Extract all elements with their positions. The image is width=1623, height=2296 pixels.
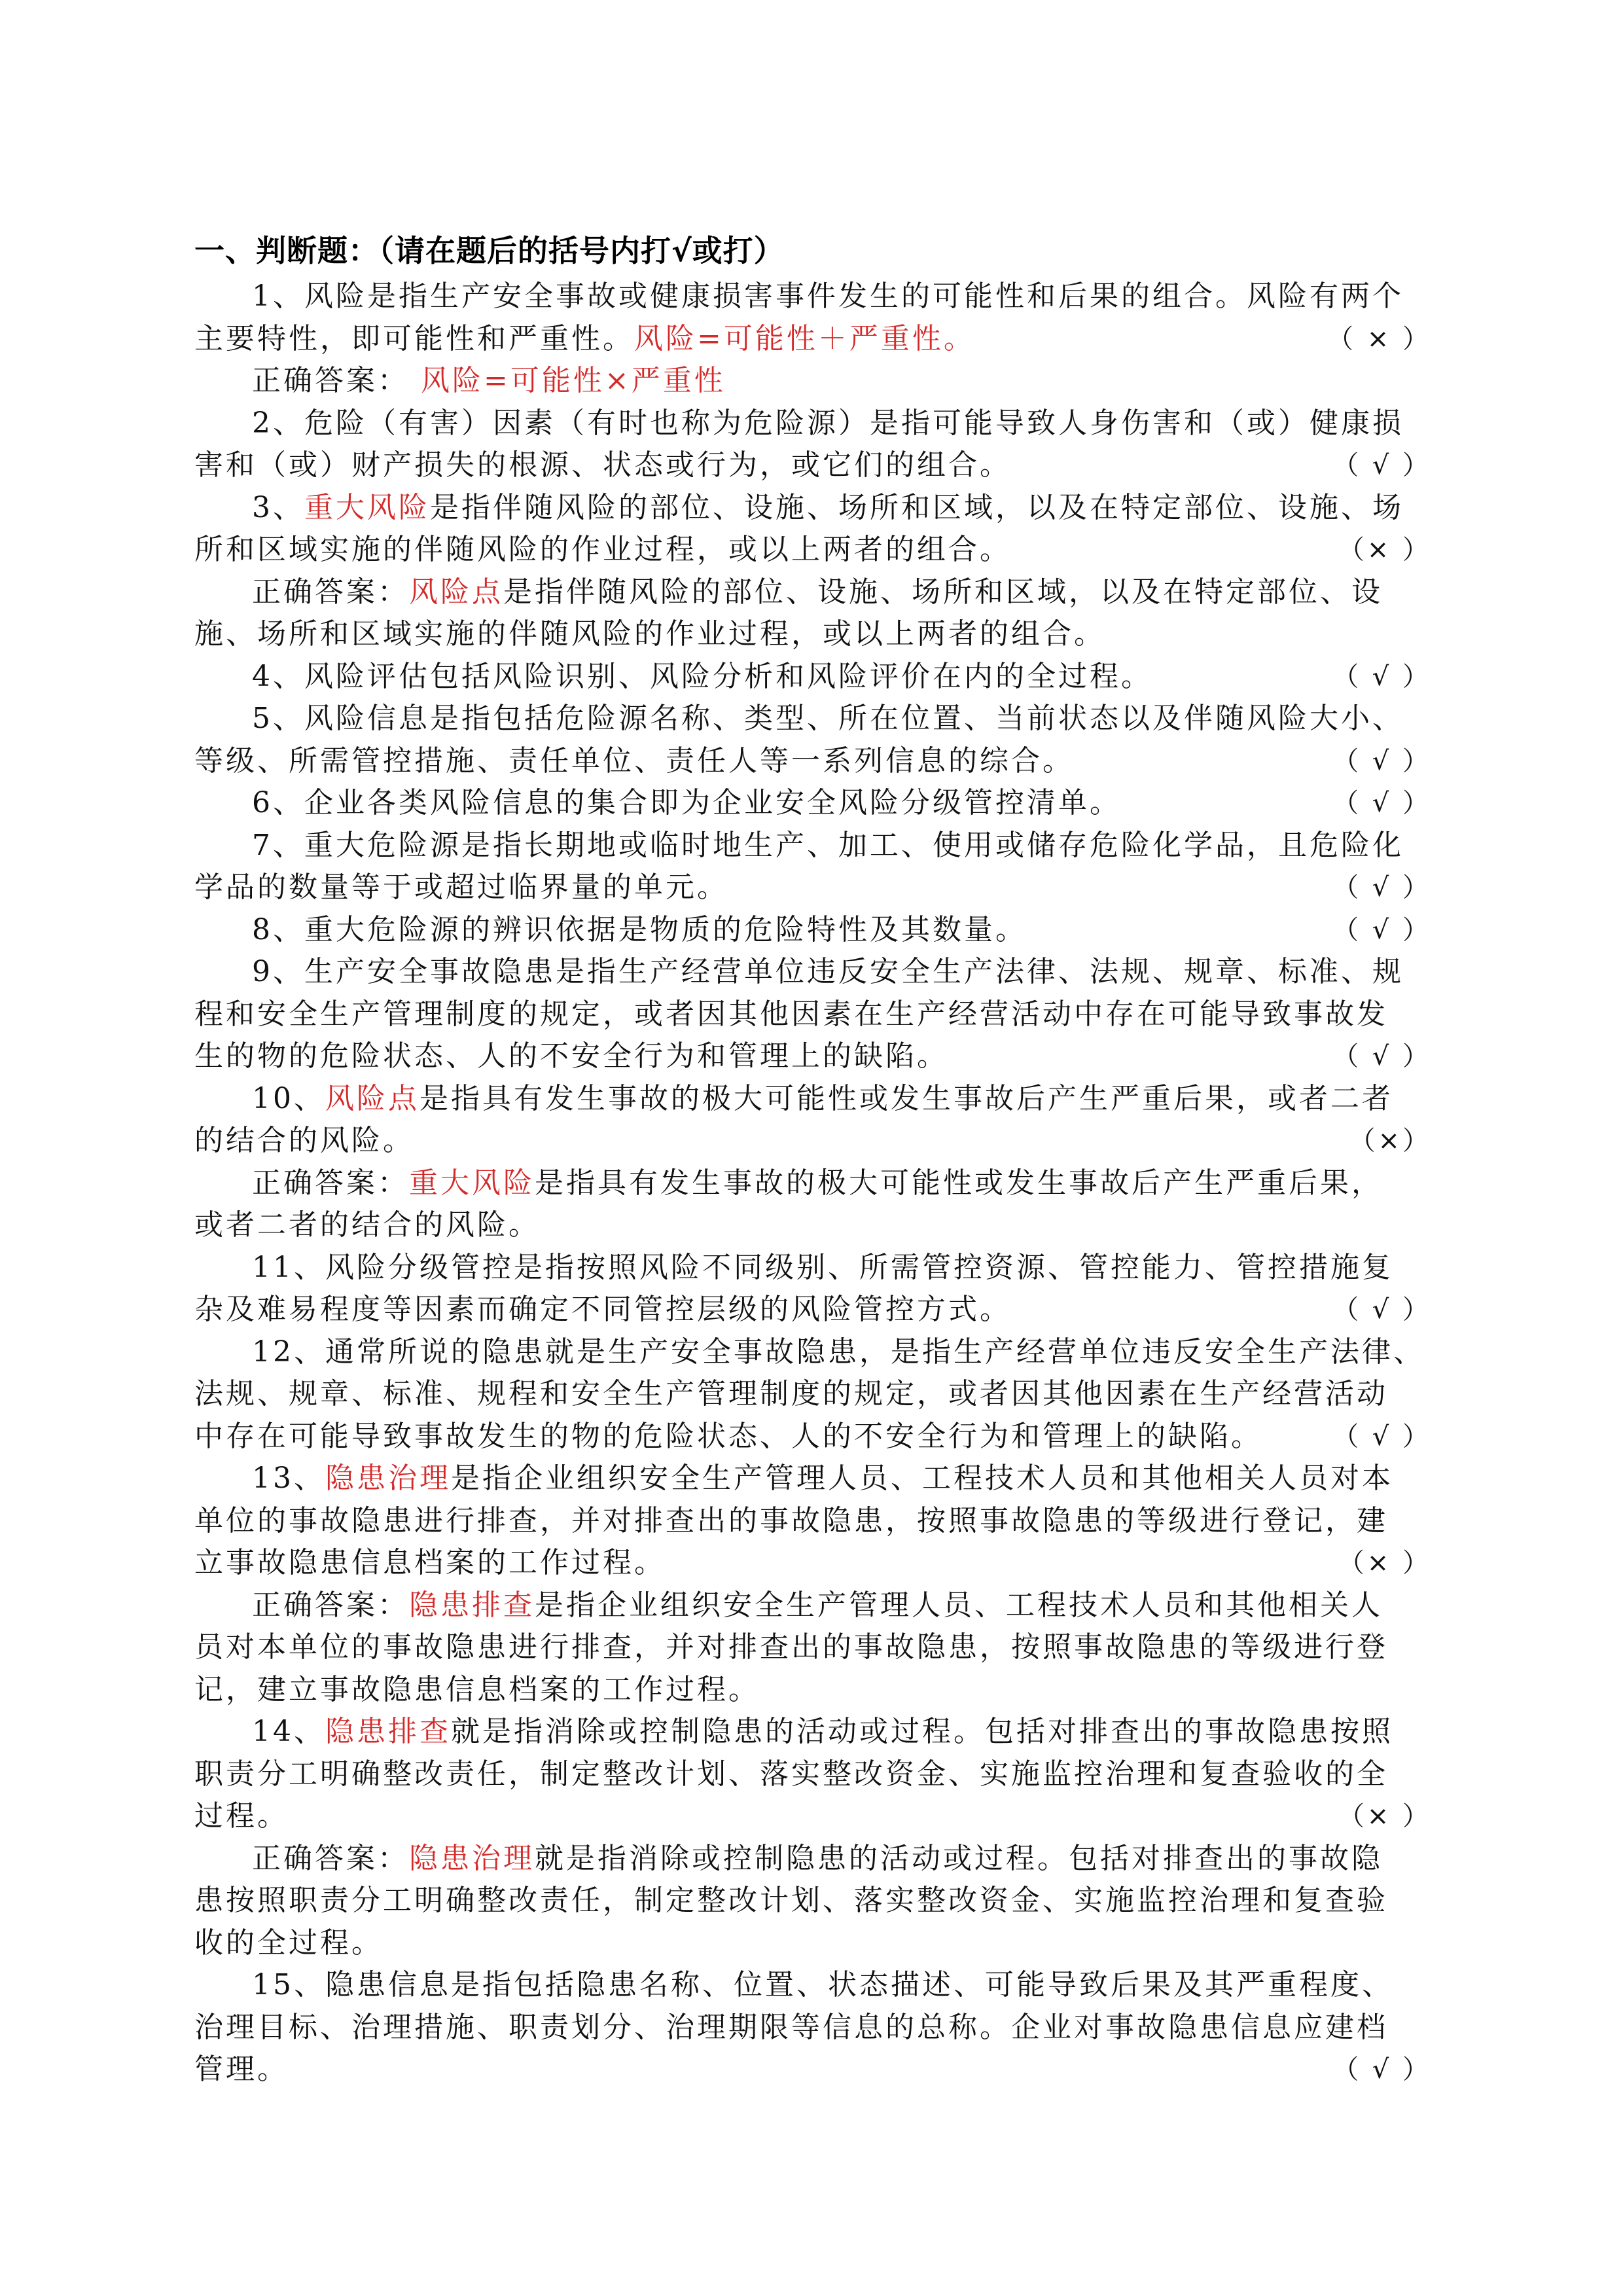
question-line: 8、重大危险源的辨识依据是物质的危险特性及其数量。（ √ ） [194, 909, 1431, 952]
question-line: 立事故隐患信息档案的工作过程。（× ） [194, 1542, 1431, 1585]
answer-line: 正确答案：重大风险是指具有发生事故的极大可能性或发生事故后产生严重后果， [194, 1162, 1431, 1205]
question-line: 6、企业各类风险信息的集合即为企业安全风险分级管控清单。（ √ ） [194, 782, 1431, 825]
text-run: 是指伴随风险的部位、设施、场所和区域，以及在特定部位、设施、场 [430, 491, 1404, 524]
answer-line: 或者二者的结合的风险。 [194, 1204, 1431, 1247]
correct-answer: 正确答案：风险点是指伴随风险的部位、设施、场所和区域，以及在特定部位、设施、场所… [194, 571, 1431, 656]
question-item: 11、风险分级管控是指按照风险不同级别、所需管控资源、管控能力、管控措施复杂及难… [194, 1247, 1431, 1331]
question-item: 7、重大危险源是指长期地或临时地生产、加工、使用或储存危险化学品，且危险化学品的… [194, 825, 1431, 909]
text-run: 14、 [252, 1715, 325, 1748]
section-title: 一、判断题：（请在题后的括号内打√或打） [194, 232, 1431, 276]
text-run: 过程。 [194, 1799, 289, 1833]
question-item: 8、重大危险源的辨识依据是物质的危险特性及其数量。（ √ ） [194, 909, 1431, 952]
text-run: 法规、规章、标准、规程和安全生产管理制度的规定，或者因其他因素在生产经营活动 [194, 1377, 1388, 1410]
question-line: 学品的数量等于或超过临界量的单元。（ √ ） [194, 867, 1431, 909]
text-run: 就是指消除或控制隐患的活动或过程。包括对排查出的事故隐 [535, 1842, 1383, 1875]
question-line: 害和（或）财产损失的根源、状态或行为，或它们的组合。（ √ ） [194, 444, 1431, 487]
highlighted-term: 隐患排查 [325, 1715, 451, 1748]
answer-line: 收的全过程。 [194, 1922, 1431, 1965]
answer-line: 正确答案： 风险=可能性×严重性 [194, 360, 1431, 403]
highlighted-term: 重大风险 [304, 491, 430, 524]
question-item: 14、隐患排查就是指消除或控制隐患的活动或过程。包括对排查出的事故隐患按照职责分… [194, 1711, 1431, 1838]
text-run: 学品的数量等于或超过临界量的单元。 [194, 870, 728, 904]
verdict-mark: （ √ ） [1332, 1289, 1431, 1331]
verdict-mark: （ × ） [1327, 318, 1431, 361]
question-line: 治理目标、治理措施、职责划分、治理期限等信息的总称。企业对事故隐患信息应建档 [194, 2007, 1431, 2049]
question-line: 所和区域实施的伴随风险的作业过程，或以上两者的组合。（× ） [194, 529, 1431, 571]
text-run: 7、重大危险源是指长期地或临时地生产、加工、使用或储存危险化学品，且危险化 [252, 829, 1404, 862]
text-run: 正确答案： [252, 1842, 409, 1875]
text-run: 患按照职责分工明确整改责任，制定整改计划、落实整改资金、实施监控治理和复查验 [194, 1884, 1388, 1917]
question-item: 2、危险（有害）因素（有时也称为危险源）是指可能导致人身伤害和（或）健康损害和（… [194, 403, 1431, 487]
text-run: 11、风险分级管控是指按照风险不同级别、所需管控资源、管控能力、管控措施复 [252, 1251, 1393, 1284]
question-line: 13、隐患治理是指企业组织安全生产管理人员、工程技术人员和其他相关人员对本 [194, 1458, 1431, 1500]
text-run: 12、通常所说的隐患就是生产安全事故隐患，是指生产经营单位违反安全生产法律、 [252, 1335, 1425, 1369]
text-run: 是指具有发生事故的极大可能性或发生事故后产生严重后果， [535, 1166, 1383, 1200]
highlighted-term: 重大风险 [409, 1166, 535, 1200]
question-line: 单位的事故隐患进行排查，并对排查出的事故隐患，按照事故隐患的等级进行登记，建 [194, 1500, 1431, 1543]
question-line: 的结合的风险。（×） [194, 1120, 1431, 1162]
answer-line: 记，建立事故隐患信息档案的工作过程。 [194, 1669, 1431, 1712]
question-item: 15、隐患信息是指包括隐患名称、位置、状态描述、可能导致后果及其严重程度、治理目… [194, 1964, 1431, 2091]
text-run: 治理目标、治理措施、职责划分、治理期限等信息的总称。企业对事故隐患信息应建档 [194, 2011, 1388, 2044]
question-line: 杂及难易程度等因素而确定不同管控层级的风险管控方式。（ √ ） [194, 1289, 1431, 1331]
question-line: 9、生产安全事故隐患是指生产经营单位违反安全生产法律、法规、规章、标准、规 [194, 951, 1431, 994]
text-run: 等级、所需管控措施、责任单位、责任人等一系列信息的综合。 [194, 744, 1074, 778]
question-line: 12、通常所说的隐患就是生产安全事故隐患，是指生产经营单位违反安全生产法律、 [194, 1331, 1431, 1374]
text-run: 杂及难易程度等因素而确定不同管控层级的风险管控方式。 [194, 1293, 1011, 1326]
text-run: 1、风险是指生产安全事故或健康损害事件发生的可能性和后果的组合。风险有两个 [252, 279, 1404, 313]
highlighted-term: 隐患治理 [325, 1462, 451, 1495]
text-run: 是指伴随风险的部位、设施、场所和区域，以及在特定部位、设 [503, 575, 1383, 609]
question-line: 1、风险是指生产安全事故或健康损害事件发生的可能性和后果的组合。风险有两个 [194, 276, 1431, 318]
answer-line: 施、场所和区域实施的伴随风险的作业过程，或以上两者的组合。 [194, 613, 1431, 656]
question-item: 5、风险信息是指包括危险源名称、类型、所在位置、当前状态以及伴随风险大小、等级、… [194, 698, 1431, 782]
text-run: 4、风险评估包括风险识别、风险分析和风险评价在内的全过程。 [252, 660, 1152, 693]
text-run: 3、 [252, 491, 304, 524]
question-line: 程和安全生产管理制度的规定，或者因其他因素在生产经营活动中存在可能导致事故发 [194, 994, 1431, 1036]
correct-answer: 正确答案：重大风险是指具有发生事故的极大可能性或发生事故后产生严重后果，或者二者… [194, 1162, 1431, 1247]
question-line: 3、重大风险是指伴随风险的部位、设施、场所和区域，以及在特定部位、设施、场 [194, 487, 1431, 529]
text-run: 或者二者的结合的风险。 [194, 1208, 540, 1242]
verdict-mark: （×） [1349, 1120, 1431, 1162]
text-run: 单位的事故隐患进行排查，并对排查出的事故隐患，按照事故隐患的等级进行登记，建 [194, 1504, 1388, 1537]
question-line: 11、风险分级管控是指按照风险不同级别、所需管控资源、管控能力、管控措施复 [194, 1247, 1431, 1289]
text-run: 所和区域实施的伴随风险的作业过程，或以上两者的组合。 [194, 533, 1011, 566]
question-line: 管理。（ √ ） [194, 2049, 1431, 2091]
verdict-mark: （ √ ） [1332, 740, 1431, 783]
question-line: 10、风险点是指具有发生事故的极大可能性或发生事故后产生严重后果，或者二者 [194, 1078, 1431, 1121]
question-item: 4、风险评估包括风险识别、风险分析和风险评价在内的全过程。（ √ ） [194, 656, 1431, 698]
question-item: 13、隐患治理是指企业组织安全生产管理人员、工程技术人员和其他相关人员对本单位的… [194, 1458, 1431, 1585]
text-run: 是指企业组织安全生产管理人员、工程技术人员和其他相关人员对本 [451, 1462, 1393, 1495]
question-item: 9、生产安全事故隐患是指生产经营单位违反安全生产法律、法规、规章、标准、规程和安… [194, 951, 1431, 1078]
verdict-mark: （ √ ） [1332, 782, 1431, 825]
text-run: 正确答案： [252, 1166, 409, 1200]
verdict-mark: （× ） [1338, 1542, 1431, 1585]
text-run: 就是指消除或控制隐患的活动或过程。包括对排查出的事故隐患按照 [451, 1715, 1393, 1748]
correct-answer: 正确答案：隐患治理就是指消除或控制隐患的活动或过程。包括对排查出的事故隐患按照职… [194, 1838, 1431, 1965]
verdict-mark: （ √ ） [1332, 1416, 1431, 1458]
question-line: 15、隐患信息是指包括隐患名称、位置、状态描述、可能导致后果及其严重程度、 [194, 1964, 1431, 2007]
text-run: 正确答案： [252, 364, 409, 397]
text-run: 15、隐患信息是指包括隐患名称、位置、状态描述、可能导致后果及其严重程度、 [252, 1968, 1393, 2001]
text-run: 害和（或）财产损失的根源、状态或行为，或它们的组合。 [194, 448, 1011, 482]
verdict-mark: （ √ ） [1332, 909, 1431, 952]
text-run: 8、重大危险源的辨识依据是物质的危险特性及其数量。 [252, 913, 1027, 946]
highlighted-term: 风险=可能性×严重性 [409, 364, 726, 397]
highlighted-term: 风险点 [409, 575, 503, 609]
question-line: 14、隐患排查就是指消除或控制隐患的活动或过程。包括对排查出的事故隐患按照 [194, 1711, 1431, 1753]
text-run: 的结合的风险。 [194, 1124, 414, 1157]
verdict-mark: （ √ ） [1332, 2049, 1431, 2091]
text-run: 记，建立事故隐患信息档案的工作过程。 [194, 1673, 760, 1706]
text-run: 正确答案： [252, 1588, 409, 1622]
text-run: 6、企业各类风险信息的集合即为企业安全风险分级管控清单。 [252, 786, 1121, 819]
verdict-mark: （ √ ） [1332, 867, 1431, 909]
question-line: 等级、所需管控措施、责任单位、责任人等一系列信息的综合。（ √ ） [194, 740, 1431, 783]
text-run: 中存在可能导致事故发生的物的危险状态、人的不安全行为和管理上的缺陷。 [194, 1420, 1262, 1453]
text-run: 程和安全生产管理制度的规定，或者因其他因素在生产经营活动中存在可能导致事故发 [194, 997, 1388, 1031]
question-line: 5、风险信息是指包括危险源名称、类型、所在位置、当前状态以及伴随风险大小、 [194, 698, 1431, 740]
answer-line: 员对本单位的事故隐患进行排查，并对排查出的事故隐患，按照事故隐患的等级进行登 [194, 1626, 1431, 1669]
highlighted-term: 隐患排查 [409, 1588, 535, 1622]
question-item: 6、企业各类风险信息的集合即为企业安全风险分级管控清单。（ √ ） [194, 782, 1431, 825]
question-item: 1、风险是指生产安全事故或健康损害事件发生的可能性和后果的组合。风险有两个主要特… [194, 276, 1431, 360]
question-line: 主要特性，即可能性和严重性。风险=可能性＋严重性。（ × ） [194, 318, 1431, 361]
verdict-mark: （ √ ） [1332, 444, 1431, 487]
text-run: 9、生产安全事故隐患是指生产经营单位违反安全生产法律、法规、规章、标准、规 [252, 955, 1404, 988]
answer-line: 患按照职责分工明确整改责任，制定整改计划、落实整改资金、实施监控治理和复查验 [194, 1880, 1431, 1922]
answer-line: 正确答案：隐患排查是指企业组织安全生产管理人员、工程技术人员和其他相关人 [194, 1585, 1431, 1627]
correct-answer: 正确答案： 风险=可能性×严重性 [194, 360, 1431, 403]
question-list: 1、风险是指生产安全事故或健康损害事件发生的可能性和后果的组合。风险有两个主要特… [194, 276, 1431, 2091]
question-line: 中存在可能导致事故发生的物的危险状态、人的不安全行为和管理上的缺陷。（ √ ） [194, 1416, 1431, 1458]
question-line: 生的物的危险状态、人的不安全行为和管理上的缺陷。（ √ ） [194, 1035, 1431, 1078]
verdict-mark: （ √ ） [1332, 656, 1431, 698]
text-run: 正确答案： [252, 575, 409, 609]
question-line: 7、重大危险源是指长期地或临时地生产、加工、使用或储存危险化学品，且危险化 [194, 825, 1431, 867]
text-run: 5、风险信息是指包括危险源名称、类型、所在位置、当前状态以及伴随风险大小、 [252, 702, 1404, 735]
question-line: 法规、规章、标准、规程和安全生产管理制度的规定，或者因其他因素在生产经营活动 [194, 1373, 1431, 1416]
text-run: 施、场所和区域实施的伴随风险的作业过程，或以上两者的组合。 [194, 617, 1105, 651]
text-run: 10、 [252, 1082, 325, 1115]
question-line: 2、危险（有害）因素（有时也称为危险源）是指可能导致人身伤害和（或）健康损 [194, 403, 1431, 445]
question-item: 12、通常所说的隐患就是生产安全事故隐患，是指生产经营单位违反安全生产法律、法规… [194, 1331, 1431, 1458]
correct-answer: 正确答案：隐患排查是指企业组织安全生产管理人员、工程技术人员和其他相关人员对本单… [194, 1585, 1431, 1712]
verdict-mark: （ √ ） [1332, 1035, 1431, 1078]
text-run: 收的全过程。 [194, 1926, 383, 1960]
question-line: 职责分工明确整改责任，制定整改计划、落实整改资金、实施监控治理和复查验收的全 [194, 1753, 1431, 1796]
question-line: 过程。（× ） [194, 1795, 1431, 1838]
verdict-mark: （× ） [1338, 529, 1431, 571]
text-run: 员对本单位的事故隐患进行排查，并对排查出的事故隐患，按照事故隐患的等级进行登 [194, 1630, 1388, 1664]
verdict-mark: （× ） [1338, 1795, 1431, 1838]
text-run: 立事故隐患信息档案的工作过程。 [194, 1546, 666, 1579]
highlighted-term: 风险点 [325, 1082, 419, 1115]
answer-line: 正确答案：风险点是指伴随风险的部位、设施、场所和区域，以及在特定部位、设 [194, 571, 1431, 614]
text-run: 是指企业组织安全生产管理人员、工程技术人员和其他相关人 [535, 1588, 1383, 1622]
question-item: 3、重大风险是指伴随风险的部位、设施、场所和区域，以及在特定部位、设施、场所和区… [194, 487, 1431, 571]
text-run: 职责分工明确整改责任，制定整改计划、落实整改资金、实施监控治理和复查验收的全 [194, 1757, 1388, 1791]
answer-line: 正确答案：隐患治理就是指消除或控制隐患的活动或过程。包括对排查出的事故隐 [194, 1838, 1431, 1880]
text-run: 13、 [252, 1462, 325, 1495]
text-run: 是指具有发生事故的极大可能性或发生事故后产生严重后果，或者二者 [419, 1082, 1393, 1115]
highlighted-term: 风险=可能性＋严重性。 [634, 322, 975, 355]
document-page: 一、判断题：（请在题后的括号内打√或打） 1、风险是指生产安全事故或健康损害事件… [194, 232, 1431, 2091]
text-run: 管理。 [194, 2053, 289, 2086]
text-run: 2、危险（有害）因素（有时也称为危险源）是指可能导致人身伤害和（或）健康损 [252, 406, 1404, 440]
text-run: 生的物的危险状态、人的不安全行为和管理上的缺陷。 [194, 1039, 948, 1073]
highlighted-term: 隐患治理 [409, 1842, 535, 1875]
question-item: 10、风险点是指具有发生事故的极大可能性或发生事故后产生严重后果，或者二者的结合… [194, 1078, 1431, 1162]
text-run: 主要特性，即可能性和严重性。 [194, 322, 634, 355]
question-line: 4、风险评估包括风险识别、风险分析和风险评价在内的全过程。（ √ ） [194, 656, 1431, 698]
